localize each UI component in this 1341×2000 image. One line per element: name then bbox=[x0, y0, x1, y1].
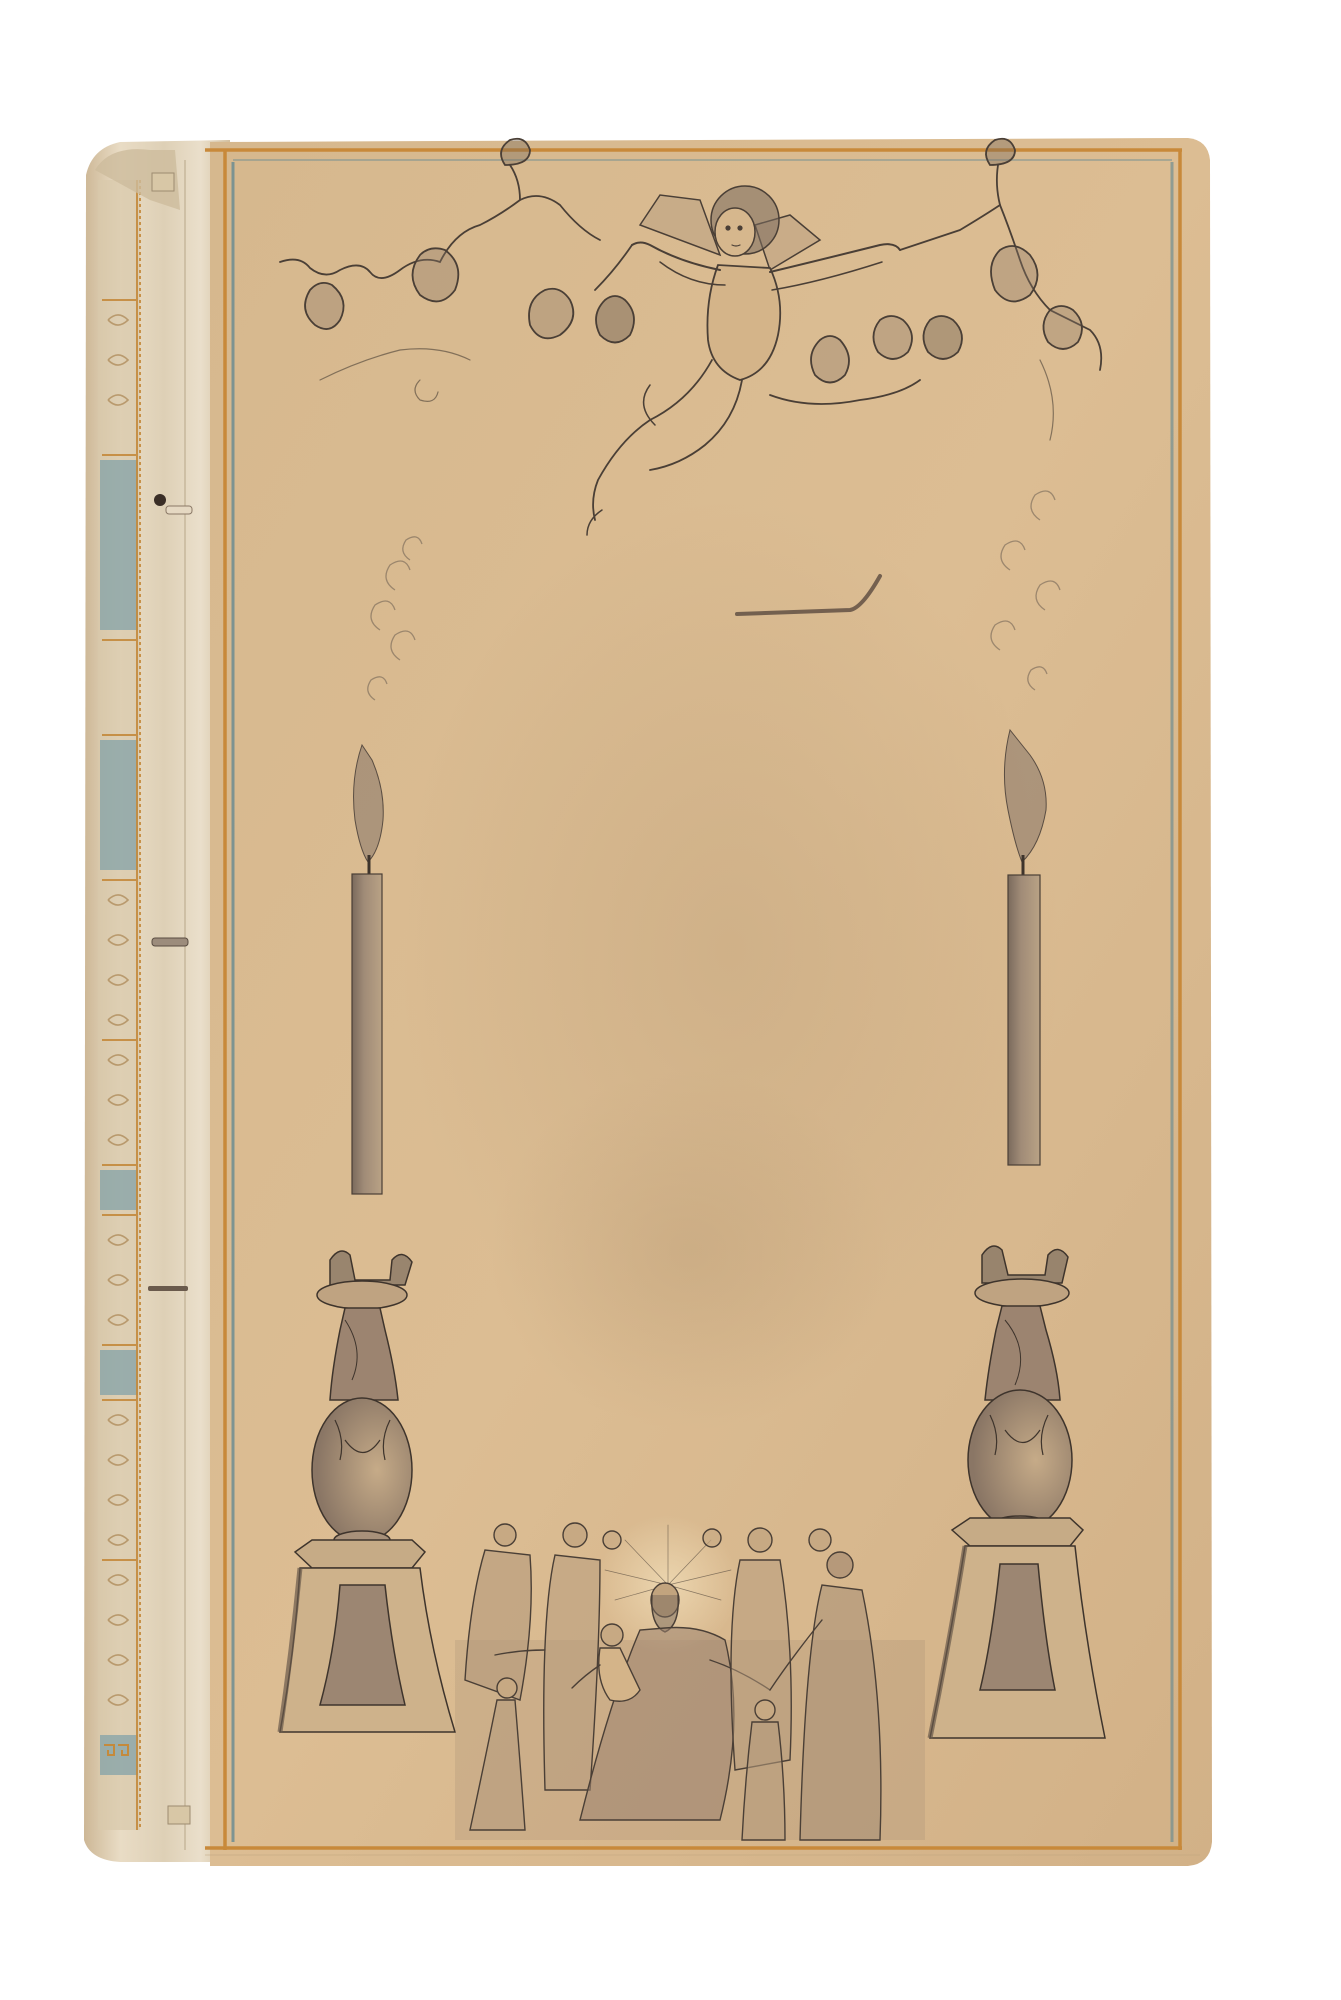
book-spine bbox=[84, 140, 230, 1862]
right-candle bbox=[1004, 730, 1046, 1165]
book-photograph bbox=[0, 0, 1341, 2000]
left-candle bbox=[352, 745, 383, 1194]
